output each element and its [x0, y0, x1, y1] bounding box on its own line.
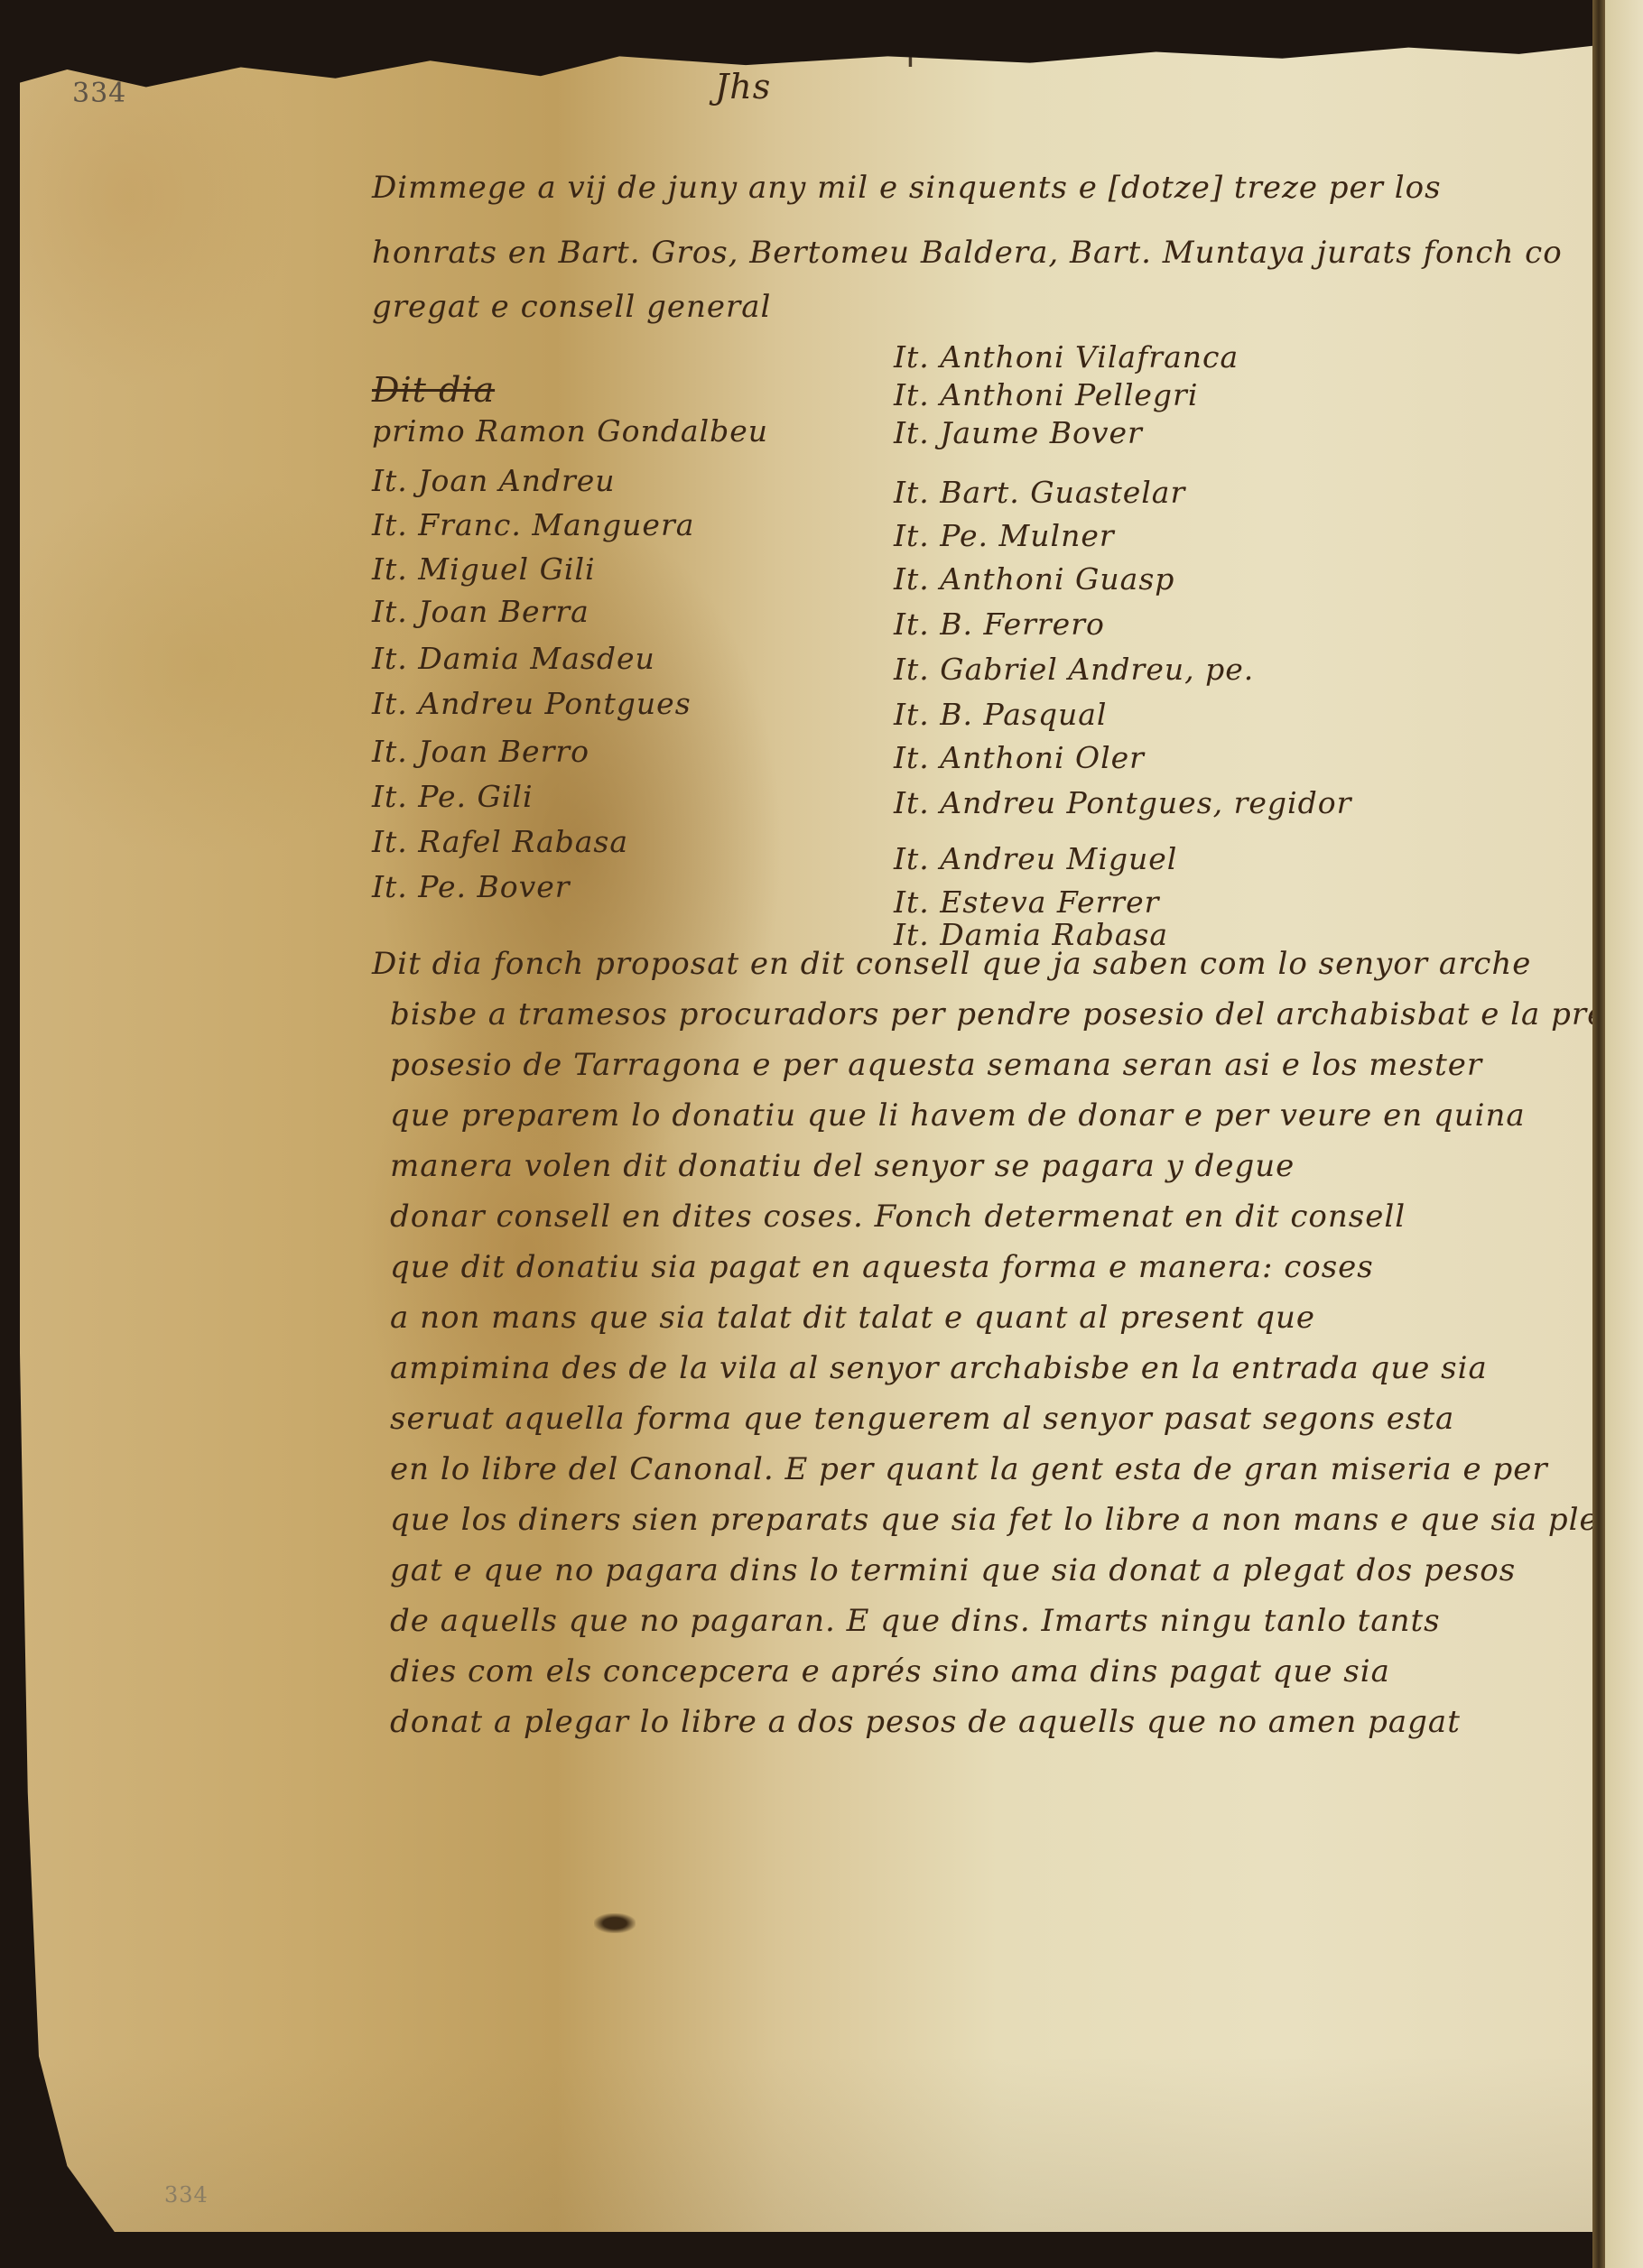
binding-gutter [1592, 0, 1605, 2268]
body-line: a non mans que sia talat dit talat e qua… [390, 1300, 1315, 1336]
header-line-2: honrats en Bart. Gros, Bertomeu Baldera,… [372, 235, 1563, 271]
body-line: gat e que no pagara dins lo termini que … [390, 1552, 1516, 1588]
name-entry: It. Joan Berro [372, 734, 589, 769]
name-entry: It. Jaume Bover [894, 415, 1143, 450]
cross-mark: + [894, 31, 928, 77]
name-entry: It. Damia Rabasa [894, 917, 1168, 952]
name-entry: It. Pe. Bover [372, 869, 571, 904]
name-entry: It. Rafel Rabasa [372, 824, 628, 859]
body-line: de aquells que no pagaran. E que dins. I… [390, 1603, 1441, 1639]
header-line-3: gregat e consell general [372, 289, 771, 325]
names-heading: Dit dia [372, 370, 495, 410]
body-line: ampimina des de la vila al senyor archab… [390, 1350, 1488, 1386]
header-monogram: Jhs [715, 67, 771, 106]
name-entry: It. Miguel Gili [372, 551, 596, 587]
name-entry: It. Anthoni Pellegri [894, 377, 1198, 412]
name-entry: It. Gabriel Andreu, pe. [894, 652, 1254, 687]
name-entry: It. Pe. Mulner [894, 518, 1115, 553]
name-entry: primo Ramon Gondalbeu [372, 413, 768, 449]
header-line-1: Dimmege a vij de juny any mil e sinquent… [372, 170, 1442, 206]
name-entry: It. Franc. Manguera [372, 507, 694, 542]
name-entry: It. Joan Berra [372, 594, 589, 629]
body-line: donar consell en dites coses. Fonch dete… [390, 1199, 1406, 1235]
name-entry: It. Anthoni Vilafranca [894, 339, 1239, 375]
ink-blot [594, 1913, 636, 1933]
folio-number-bottom: 334 [164, 2182, 209, 2208]
body-line: manera volen dit donatiu del senyor se p… [390, 1148, 1295, 1184]
manuscript-page: 334 Jhs + Dimmege a vij de juny any mil … [20, 34, 1598, 2232]
adjacent-page-edge [1605, 0, 1643, 2268]
name-entry: It. Damia Masdeu [372, 641, 655, 676]
name-entry: It. Andreu Miguel [894, 841, 1177, 876]
body-line: en lo libre del Canonal. E per quant la … [390, 1451, 1548, 1487]
name-entry: It. Pe. Gili [372, 779, 534, 814]
name-entry: It. B. Pasqual [894, 697, 1107, 732]
name-entry: It. Anthoni Guasp [894, 561, 1174, 597]
body-line: seruat aquella forma que tenguerem al se… [390, 1401, 1454, 1437]
body-line: que dit donatiu sia pagat en aquesta for… [390, 1249, 1374, 1285]
name-entry: It. Andreu Pontgues, regidor [894, 785, 1351, 820]
name-entry: It. Joan Andreu [372, 463, 616, 498]
body-line: posesio de Tarragona e per aquesta seman… [390, 1047, 1482, 1083]
body-line: Dit dia fonch proposat en dit consell qu… [372, 946, 1531, 982]
name-entry: It. Andreu Pontgues [372, 686, 692, 721]
body-line: donat a plegar lo libre a dos pesos de a… [390, 1704, 1461, 1740]
body-line: que los diners sien preparats que sia fe… [390, 1502, 1599, 1538]
body-line: bisbe a tramesos procuradors per pendre … [390, 996, 1643, 1032]
body-line: que preparem lo donatiu que li havem de … [390, 1097, 1526, 1134]
folio-number-top: 334 [72, 78, 126, 109]
name-entry: It. Bart. Guastelar [894, 475, 1185, 510]
name-entry: It. Esteva Ferrer [894, 884, 1159, 920]
body-line: dies com els concepcera e aprés sino ama… [390, 1653, 1390, 1689]
name-entry: It. Anthoni Oler [894, 740, 1145, 775]
name-entry: It. B. Ferrero [894, 606, 1105, 642]
